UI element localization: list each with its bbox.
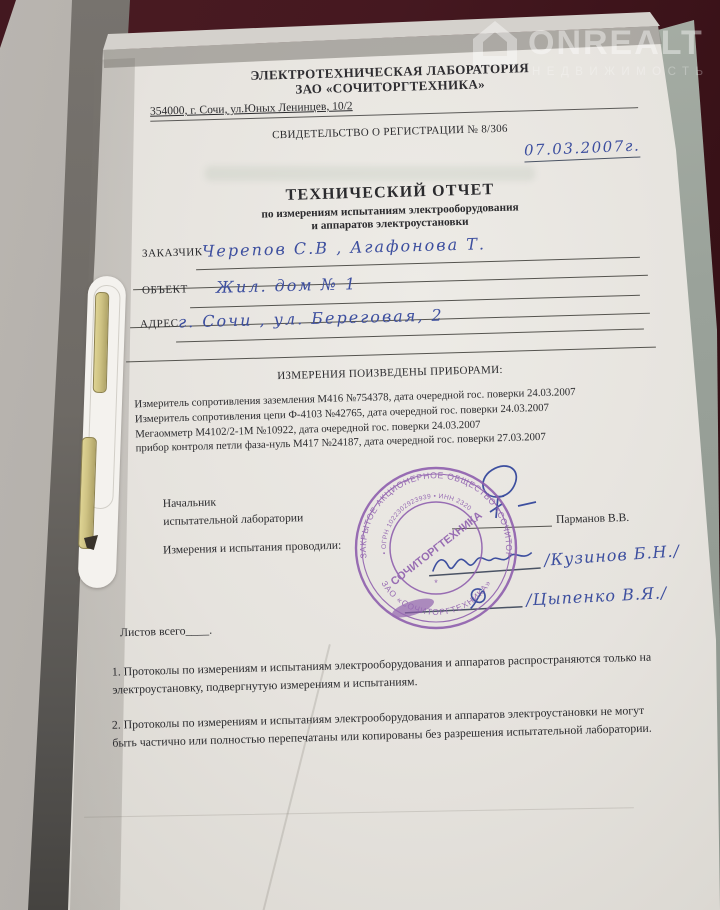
photo-scene: ЭЛЕКТРОТЕХНИЧЕСКАЯ ЛАБОРАТОРИЯ ЗАО «СОЧИ… [0,0,720,910]
binder-prong-top [93,292,110,393]
onrealt-house-icon [470,18,520,68]
watermark-subtitle: НЕДВИЖИМОСТЬ [532,66,720,78]
watermark: ONREALT НЕДВИЖИМОСТЬ [470,18,720,78]
field-label-object: ОБЪЕКТ [142,283,188,296]
chief-name: Парманов В.В. [556,511,630,526]
show-through-smudge [205,166,535,181]
sheets-total-line: Листов всего____. [120,623,212,641]
field-label-customer: ЗАКАЗЧИК [142,246,203,260]
watermark-brand: ONREALT [528,24,704,63]
field-value-object: Жил. дом № 1 [216,274,358,297]
stamp-star: * [434,578,438,588]
company-stamp: ЗАКРЫТОЕ АКЦИОНЕРНОЕ ОБЩЕСТВО «СОЧИТОРГТ… [350,462,522,634]
field-label-address: АДРЕС [140,317,179,330]
stamp-center-text: СОЧИТОРГТЕХНИКА [389,509,485,588]
